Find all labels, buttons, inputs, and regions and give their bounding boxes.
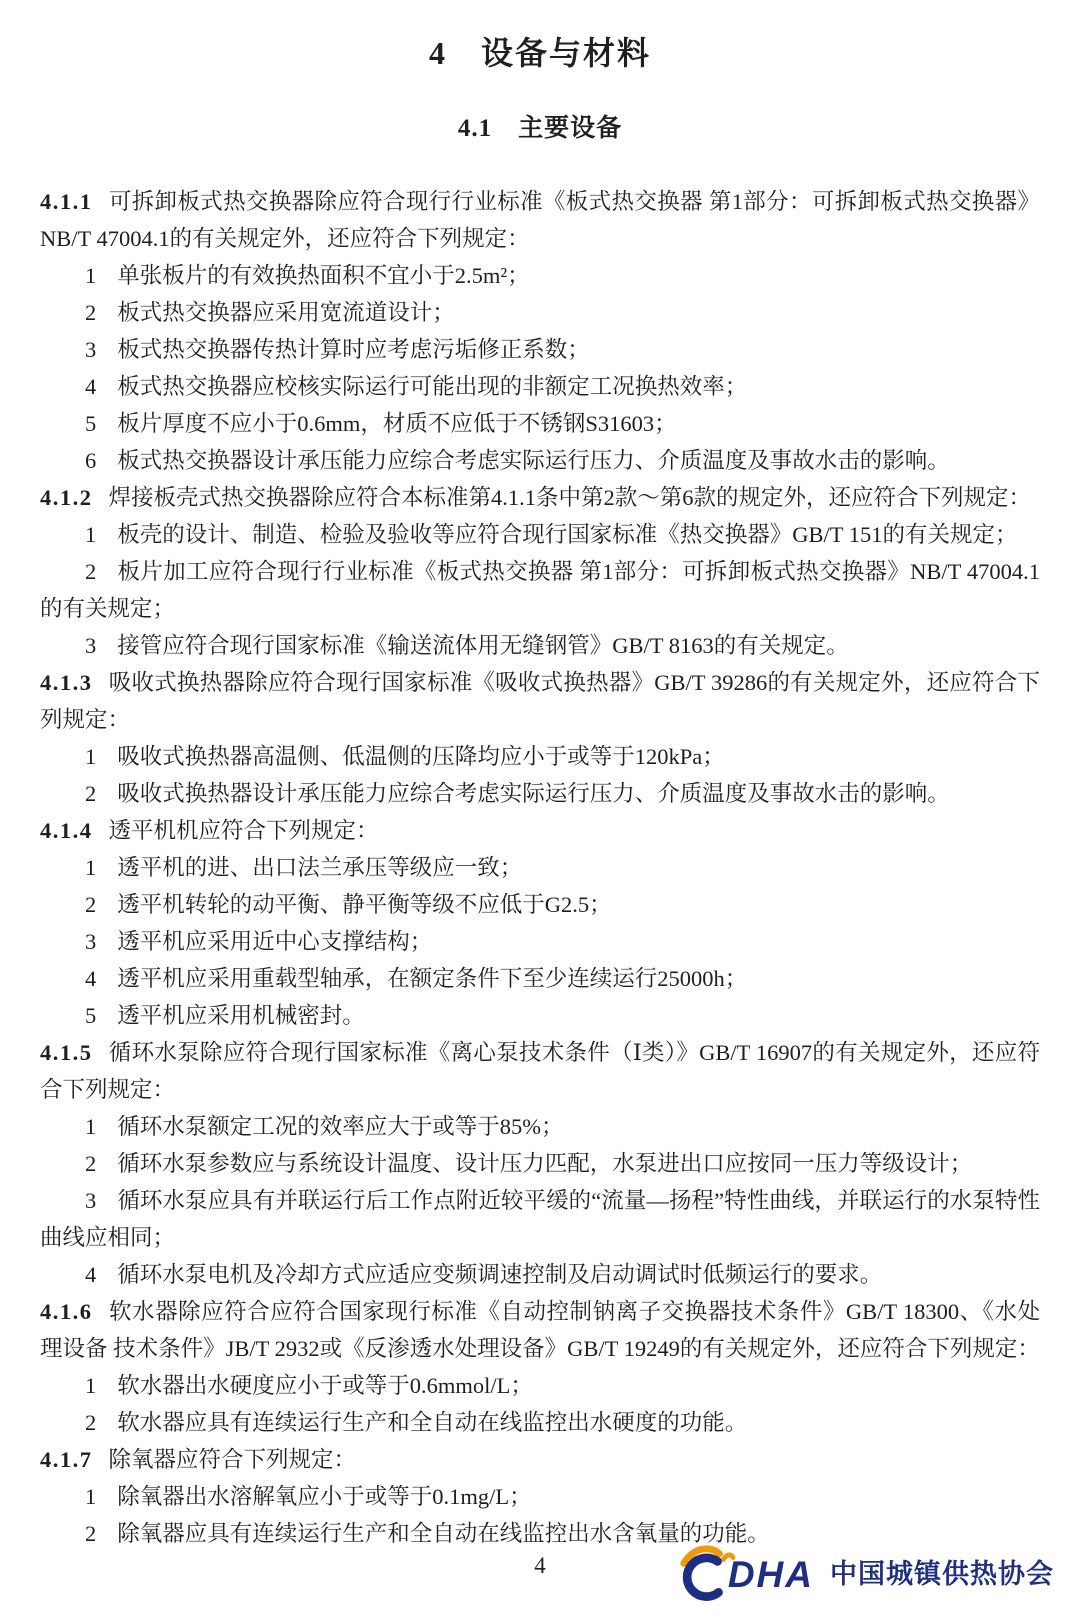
clause-item: 1循环水泵额定工况的效率应大于或等于85%；: [40, 1108, 1040, 1145]
item-number: 2: [85, 892, 96, 917]
item-number: 3: [85, 337, 96, 362]
item-text: 循环水泵额定工况的效率应大于或等于85%；: [117, 1114, 563, 1139]
item-text: 除氧器应具有连续运行生产和全自动在线监控出水含氧量的功能。: [117, 1521, 770, 1546]
clause-number: 4.1.3: [40, 670, 93, 695]
item-text: 板片厚度不应小于0.6mm，材质不应低于不锈钢S31603；: [117, 411, 676, 436]
clause-text: 除氧器应符合下列规定：: [109, 1447, 357, 1472]
item-number: 2: [85, 1410, 96, 1435]
item-number: 3: [85, 929, 96, 954]
chapter-title: 4 设备与材料: [0, 0, 1080, 71]
clause-item: 2吸收式换热器设计承压能力应综合考虑实际运行压力、介质温度及事故水击的影响。: [40, 775, 1040, 812]
item-number: 1: [85, 744, 96, 769]
clause-number: 4.1.2: [40, 485, 93, 510]
clause-item: 5透平机应采用机械密封。: [40, 997, 1040, 1034]
item-number: 5: [85, 1003, 96, 1028]
clause-paragraph: 4.1.3吸收式换热器除应符合现行国家标准《吸收式换热器》GB/T 39286的…: [40, 664, 1040, 738]
clause-number: 4.1.6: [40, 1299, 93, 1324]
item-text: 板壳的设计、制造、检验及验收等应符合现行国家标准《热交换器》GB/T 151的有…: [117, 522, 1017, 547]
item-number: 2: [85, 559, 96, 584]
clause-item: 3板式热交换器传热计算时应考虑污垢修正系数；: [40, 331, 1040, 368]
clause-paragraph: 4.1.5循环水泵除应符合现行国家标准《离心泵技术条件（Ⅰ类）》GB/T 169…: [40, 1034, 1040, 1108]
clause-text: 焊接板壳式热交换器除应符合本标准第4.1.1条中第2款～第6款的规定外，还应符合…: [109, 485, 1032, 510]
clause-text: 软水器除应符合应符合国家现行标准《自动控制钠离子交换器技术条件》GB/T 183…: [40, 1299, 1040, 1361]
clause-text: 吸收式换热器除应符合现行国家标准《吸收式换热器》GB/T 39286的有关规定外…: [40, 670, 1040, 732]
item-text: 循环水泵参数应与系统设计温度、设计压力匹配，水泵进出口应按同一压力等级设计；: [117, 1151, 972, 1176]
item-text: 板式热交换器设计承压能力应综合考虑实际运行压力、介质温度及事故水击的影响。: [117, 448, 950, 473]
item-number: 3: [85, 1188, 96, 1213]
clause-number: 4.1.5: [40, 1040, 93, 1065]
clause-number: 4.1.4: [40, 818, 93, 843]
clause-paragraph: 4.1.4透平机机应符合下列规定：: [40, 812, 1040, 849]
clause-item: 5板片厚度不应小于0.6mm，材质不应低于不锈钢S31603；: [40, 405, 1040, 442]
item-number: 2: [85, 1151, 96, 1176]
item-number: 4: [85, 966, 96, 991]
clause-paragraph: 4.1.7除氧器应符合下列规定：: [40, 1441, 1040, 1478]
document-page: 4 设备与材料 4.1 主要设备 4.1.1可拆卸板式热交换器除应符合现行行业标…: [0, 0, 1080, 1615]
clause-paragraph: 4.1.2焊接板壳式热交换器除应符合本标准第4.1.1条中第2款～第6款的规定外…: [40, 479, 1040, 516]
item-text: 循环水泵应具有并联运行后工作点附近较平缓的“流量—扬程”特性曲线，并联运行的水泵…: [40, 1188, 1040, 1250]
cdha-swoosh-icon: [674, 1545, 736, 1603]
clause-item: 2软水器应具有连续运行生产和全自动在线监控出水硬度的功能。: [40, 1404, 1040, 1441]
clause-item: 4透平机应采用重载型轴承，在额定条件下至少连续运行25000h；: [40, 960, 1040, 997]
item-number: 2: [85, 781, 96, 806]
item-number: 2: [85, 1521, 96, 1546]
item-text: 循环水泵电机及冷却方式应适应变频调速控制及启动调试时低频运行的要求。: [117, 1262, 882, 1287]
item-text: 透平机转轮的动平衡、静平衡等级不应低于G2.5；: [117, 892, 611, 917]
clause-number: 4.1.7: [40, 1447, 93, 1472]
item-text: 板式热交换器传热计算时应考虑污垢修正系数；: [117, 337, 590, 362]
logo-acronym-text: DHA: [728, 1556, 814, 1593]
clause-item: 2板式热交换器应采用宽流道设计；: [40, 294, 1040, 331]
clause-text: 透平机机应符合下列规定：: [109, 818, 379, 843]
clause-item: 3透平机应采用近中心支撑结构；: [40, 923, 1040, 960]
item-text: 透平机应采用机械密封。: [117, 1003, 365, 1028]
item-number: 1: [85, 1484, 96, 1509]
clause-item: 3接管应符合现行国家标准《输送流体用无缝钢管》GB/T 8163的有关规定。: [40, 627, 1040, 664]
document-body: 4.1.1可拆卸板式热交换器除应符合现行行业标准《板式热交换器 第1部分：可拆卸…: [0, 183, 1080, 1552]
item-number: 1: [85, 1114, 96, 1139]
item-text: 板式热交换器应采用宽流道设计；: [117, 300, 455, 325]
item-number: 1: [85, 263, 96, 288]
item-number: 4: [85, 1262, 96, 1287]
clause-text: 循环水泵除应符合现行国家标准《离心泵技术条件（Ⅰ类）》GB/T 16907的有关…: [40, 1040, 1040, 1102]
item-number: 1: [85, 522, 96, 547]
clause-item: 1板壳的设计、制造、检验及验收等应符合现行国家标准《热交换器》GB/T 151的…: [40, 516, 1040, 553]
clause-item: 2透平机转轮的动平衡、静平衡等级不应低于G2.5；: [40, 886, 1040, 923]
item-number: 1: [85, 1373, 96, 1398]
clause-item: 1透平机的进、出口法兰承压等级应一致；: [40, 849, 1040, 886]
clause-text: 可拆卸板式热交换器除应符合现行行业标准《板式热交换器 第1部分：可拆卸板式热交换…: [40, 189, 1040, 251]
item-text: 软水器出水硬度应小于或等于0.6mmol/L；: [117, 1373, 533, 1398]
item-text: 板片加工应符合现行行业标准《板式热交换器 第1部分：可拆卸板式热交换器》NB/T…: [40, 559, 1040, 621]
item-number: 3: [85, 633, 96, 658]
clause-item: 1除氧器出水溶解氧应小于或等于0.1mg/L；: [40, 1478, 1040, 1515]
clause-item: 4板式热交换器应校核实际运行可能出现的非额定工况换热效率；: [40, 368, 1040, 405]
item-text: 透平机应采用重载型轴承，在额定条件下至少连续运行25000h；: [117, 966, 747, 991]
item-number: 5: [85, 411, 96, 436]
clause-item: 6板式热交换器设计承压能力应综合考虑实际运行压力、介质温度及事故水击的影响。: [40, 442, 1040, 479]
association-logo: DHA 中国城镇供热协会: [674, 1545, 1054, 1603]
clause-item: 1单张板片的有效换热面积不宜小于2.5m²；: [40, 257, 1040, 294]
logo-org-name: 中国城镇供热协会: [830, 1561, 1054, 1588]
item-text: 除氧器出水溶解氧应小于或等于0.1mg/L；: [117, 1484, 531, 1509]
section-title: 4.1 主要设备: [0, 115, 1080, 143]
clause-item: 1吸收式换热器高温侧、低温侧的压降均应小于或等于120kPa；: [40, 738, 1040, 775]
item-text: 吸收式换热器高温侧、低温侧的压降均应小于或等于120kPa；: [117, 744, 725, 769]
item-number: 4: [85, 374, 96, 399]
clause-item: 2板片加工应符合现行行业标准《板式热交换器 第1部分：可拆卸板式热交换器》NB/…: [40, 553, 1040, 627]
clause-item: 4循环水泵电机及冷却方式应适应变频调速控制及启动调试时低频运行的要求。: [40, 1256, 1040, 1293]
clause-paragraph: 4.1.6软水器除应符合应符合国家现行标准《自动控制钠离子交换器技术条件》GB/…: [40, 1293, 1040, 1367]
item-text: 接管应符合现行国家标准《输送流体用无缝钢管》GB/T 8163的有关规定。: [117, 633, 848, 658]
item-text: 透平机的进、出口法兰承压等级应一致；: [117, 855, 522, 880]
item-text: 板式热交换器应校核实际运行可能出现的非额定工况换热效率；: [117, 374, 747, 399]
clause-number: 4.1.1: [40, 189, 93, 214]
item-number: 1: [85, 855, 96, 880]
item-text: 吸收式换热器设计承压能力应综合考虑实际运行压力、介质温度及事故水击的影响。: [117, 781, 950, 806]
item-number: 6: [85, 448, 96, 473]
item-number: 2: [85, 300, 96, 325]
item-text: 透平机应采用近中心支撑结构；: [117, 929, 432, 954]
clause-item: 3循环水泵应具有并联运行后工作点附近较平缓的“流量—扬程”特性曲线，并联运行的水…: [40, 1182, 1040, 1256]
item-text: 单张板片的有效换热面积不宜小于2.5m²；: [117, 263, 529, 288]
item-text: 软水器应具有连续运行生产和全自动在线监控出水硬度的功能。: [117, 1410, 747, 1435]
clause-paragraph: 4.1.1可拆卸板式热交换器除应符合现行行业标准《板式热交换器 第1部分：可拆卸…: [40, 183, 1040, 257]
clause-item: 1软水器出水硬度应小于或等于0.6mmol/L；: [40, 1367, 1040, 1404]
clause-item: 2循环水泵参数应与系统设计温度、设计压力匹配，水泵进出口应按同一压力等级设计；: [40, 1145, 1040, 1182]
